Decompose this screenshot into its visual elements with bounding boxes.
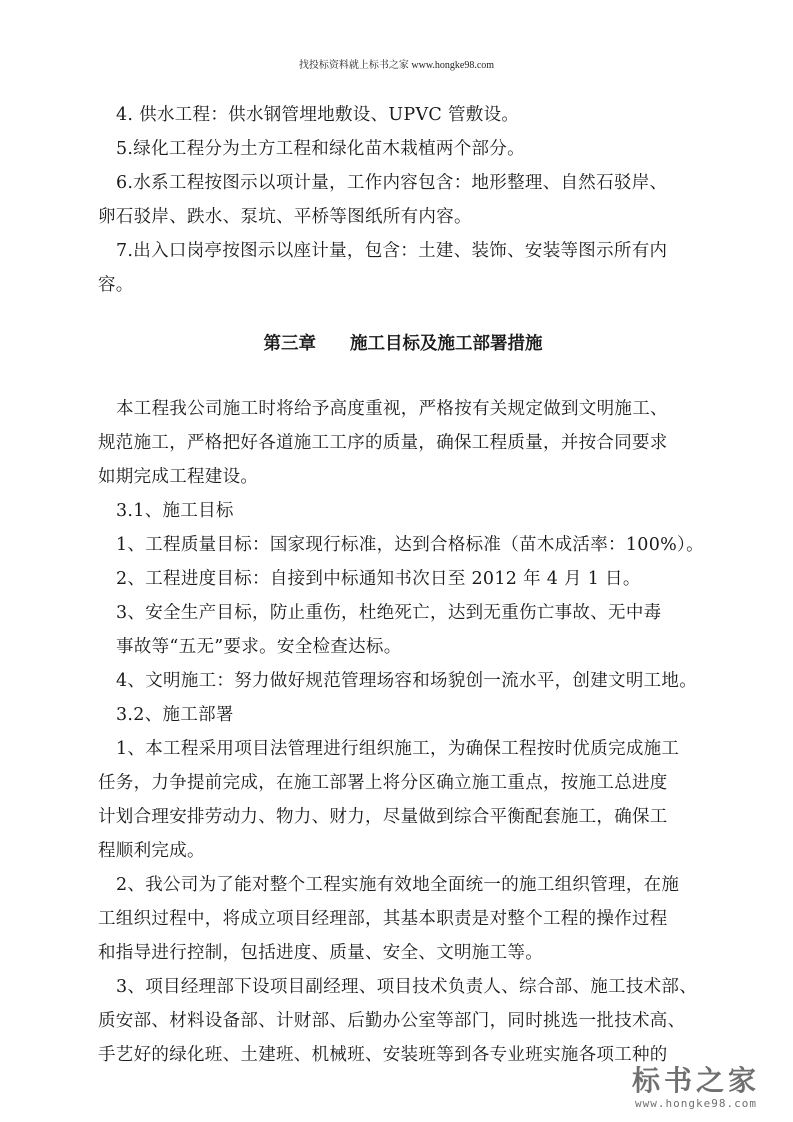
paragraph-line: 卵石驳岸、跌水、泵坑、平桥等图纸所有内容。: [98, 205, 472, 229]
paragraph-line: 1、本工程采用项目法管理进行组织施工，为确保工程按时优质完成施工: [116, 737, 679, 761]
list-item: 1、工程质量目标：国家现行标准，达到合格标准（苗木成活率：100%）。: [116, 533, 704, 557]
paragraph-line: 工组织过程中，将成立项目经理部，其基本职责是对整个工程的操作过程: [98, 907, 668, 931]
section-heading: 3.2、施工部署: [116, 703, 234, 727]
watermark-logo: 标书之家 www.hongke98.com: [621, 1065, 771, 1110]
paragraph-line: 7.出入口岗亭按图示以座计量，包含：土建、装饰、安装等图示所有内: [116, 239, 667, 263]
list-item: 4、文明施工：努力做好规范管理场容和场貌创一流水平，创建文明工地。: [116, 669, 697, 693]
paragraph-line: 计划合理安排劳动力、物力、财力，尽量做到综合平衡配套施工，确保工: [98, 805, 668, 829]
paragraph-line: 规范施工，严格把好各道施工工序的质量，确保工程质量，并按合同要求: [98, 431, 668, 455]
paragraph-line: 任务，力争提前完成，在施工部署上将分区确立施工重点，按施工总进度: [98, 771, 668, 795]
section-heading: 3.1、施工目标: [116, 499, 234, 523]
paragraph-line: 程顺利完成。: [98, 839, 205, 863]
paragraph-line: 6.水系工程按图示以项计量，工作内容包含：地形整理、自然石驳岸、: [116, 171, 667, 195]
chapter-title: 第三章施工目标及施工部署措施: [98, 330, 708, 355]
paragraph-line: 本工程我公司施工时将给予高度重视，严格按有关规定做到文明施工、: [116, 397, 668, 421]
chapter-heading: 施工目标及施工部署措施: [350, 334, 543, 354]
list-item: 3、安全生产目标，防止重伤，杜绝死亡，达到无重伤亡事故、无中毒: [116, 601, 661, 625]
logo-name: 标书之家: [621, 1065, 771, 1097]
paragraph-line: 5.绿化工程分为土方工程和绿化苗木栽植两个部分。: [116, 137, 525, 161]
paragraph-line: 2、我公司为了能对整个工程实施有效地全面统一的施工组织管理，在施: [116, 873, 679, 897]
list-item: 2、工程进度目标：自接到中标通知书次日至 2012 年 4 月 1 日。: [116, 567, 641, 591]
paragraph-line: 质安部、材料设备部、计财部、后勤办公室等部门，同时挑选一批技术高、: [98, 1009, 685, 1033]
paragraph-line: 和指导进行控制，包括进度、质量、安全、文明施工等。: [98, 941, 543, 965]
paragraph-line: 手艺好的绿化班、土建班、机械班、安装班等到各专业班实施各项工种的: [98, 1043, 668, 1067]
chapter-number: 第三章: [264, 334, 317, 354]
paragraph-line: 如期完成工程建设。: [98, 465, 258, 489]
page-header: 找投标资料就上标书之家 www.hongke98.com: [0, 56, 793, 71]
paragraph-line: 4. 供水工程：供水钢管埋地敷设、UPVC 管敷设。: [116, 103, 519, 127]
logo-url: www.hongke98.com: [621, 1097, 771, 1110]
paragraph-line: 容。: [98, 273, 134, 297]
paragraph-line: 3、项目经理部下设项目副经理、项目技术负责人、综合部、施工技术部、: [116, 975, 697, 999]
list-item: 事故等“五无”要求。安全检查达标。: [116, 635, 402, 659]
